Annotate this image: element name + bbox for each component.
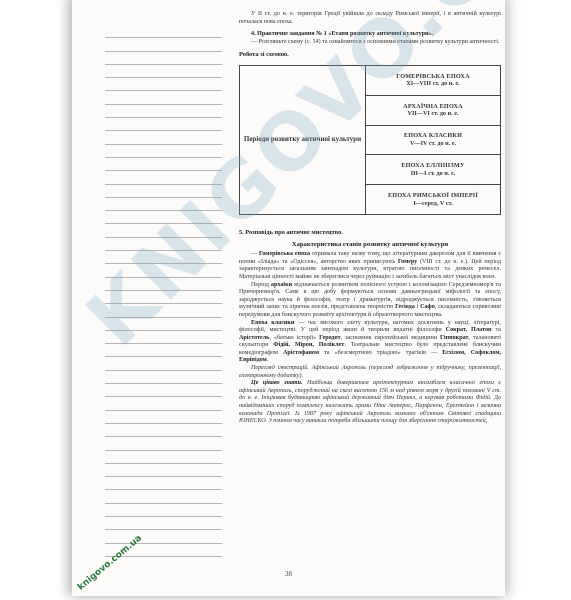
ruled-line	[105, 357, 222, 370]
ruled-line	[105, 464, 222, 477]
era-name: ГОМЕРІВСЬКА ЕПОХА	[396, 73, 470, 81]
era-box: ЕПОХА КЛАСИКИ V—IV ст. до н. е.	[366, 126, 500, 156]
name-hesiod: Гесіода	[395, 304, 415, 310]
section5-subtitle: Характеристика етапів розвитку античної …	[239, 241, 501, 249]
era-box: АРХАЇЧНА ЕПОХА VII—VI ст. до н. е.	[366, 96, 500, 126]
era-dates: I—серед. V ст.	[413, 200, 452, 208]
text: Період	[251, 282, 271, 288]
ruled-line	[105, 411, 222, 424]
ruled-line	[105, 504, 222, 517]
names-sculptors: Фідій, Мірон, Поліклет	[273, 342, 344, 348]
ruled-line	[105, 158, 222, 171]
ruled-line	[105, 490, 222, 503]
era-box: ЕПОХА РИМСЬКОЇ ІМПЕРІЇ I—серед. V ст.	[366, 185, 500, 214]
notes-ruled-lines	[105, 25, 222, 557]
ruled-line	[105, 424, 222, 437]
ruled-line	[105, 384, 222, 397]
name-sappho: Сафо	[420, 304, 435, 310]
era-dates: V—IV ст. до н. е.	[410, 140, 456, 148]
archaic-paragraph: Період архаїки відзначається розвитком п…	[239, 282, 501, 320]
main-text-column: У II ст. до н. е. територія Греції увійш…	[239, 11, 501, 426]
name-homer: Гомеру	[398, 259, 417, 265]
era-dates: XI—VIII ст. до н. е.	[406, 80, 459, 88]
name-hippocrates: Гіппократ	[440, 335, 468, 341]
name-aristotle: Арістотель	[239, 335, 269, 341]
ruled-line	[105, 397, 222, 410]
page-number: 38	[72, 570, 505, 578]
ruled-line	[105, 131, 222, 144]
term-classic: Епоха класики	[251, 320, 294, 326]
ruled-line	[105, 118, 222, 131]
ruled-line	[105, 291, 222, 304]
ruled-line	[105, 238, 222, 251]
ruled-line	[105, 264, 222, 277]
illustrations-note: Перегляд ілюстрацій. Афінський Акрополь …	[239, 365, 501, 380]
ruled-line	[105, 517, 222, 530]
task4-title: 4. Практичне завдання № 1 «Етапи розвитк…	[239, 31, 501, 39]
ruled-line	[105, 530, 222, 543]
ruled-line	[105, 145, 222, 158]
text: та	[492, 327, 501, 333]
name-aristophanes: Арістофаном	[283, 350, 319, 356]
text: та «безсмертною тріадою» трагіків —	[319, 350, 442, 356]
ruled-line	[105, 185, 222, 198]
homeric-paragraph: — Гомерівська епоха отримала таку назву …	[239, 251, 501, 281]
text: Найбільш довершеним архітектурним ансамб…	[239, 380, 501, 424]
era-dates: VII—VI ст. до н. е.	[407, 110, 458, 118]
era-name: ЕПОХА КЛАСИКИ	[404, 132, 462, 140]
interesting-label: Це цікаво знати.	[251, 380, 303, 386]
section5-title: 5. Розповідь про античне мистецтво.	[239, 229, 501, 237]
era-name: ЕПОХА ЕЛЛІНІЗМУ	[401, 162, 464, 170]
scheme-eras: ГОМЕРІВСЬКА ЕПОХА XI—VIII ст. до н. е. А…	[366, 66, 500, 214]
ruled-line	[105, 278, 222, 291]
ruled-line	[105, 451, 222, 464]
ruled-line	[105, 65, 222, 78]
text: , засновник європейської медицини	[341, 335, 440, 341]
era-name: АРХАЇЧНА ЕПОХА	[403, 103, 463, 111]
era-dates: III—I ст. до н. е.	[411, 170, 456, 178]
name-herodotus: Геродот	[319, 335, 340, 341]
ruled-line	[105, 25, 222, 38]
era-box: ЕПОХА ЕЛЛІНІЗМУ III—I ст. до н. е.	[366, 155, 500, 185]
ruled-line	[105, 52, 222, 65]
ruled-line	[105, 198, 222, 211]
ruled-line	[105, 331, 222, 344]
term-archaic: архаїки	[271, 282, 292, 288]
text: , «батько історії»	[269, 335, 319, 341]
ruled-line	[105, 437, 222, 450]
era-name: ЕПОХА РИМСЬКОЇ ІМПЕРІЇ	[388, 192, 478, 200]
ruled-line	[105, 318, 222, 331]
ruled-line	[105, 371, 222, 384]
ruled-line	[105, 344, 222, 357]
era-box: ГОМЕРІВСЬКА ЕПОХА XI—VIII ст. до н. е.	[366, 66, 500, 96]
ruled-line	[105, 171, 222, 184]
ruled-line	[105, 477, 222, 490]
ruled-line	[105, 105, 222, 118]
task4-instruction: — Розгляньте схему (с. 14) та ознайомтес…	[239, 39, 501, 47]
classic-paragraph: Епоха класики — час високого злету культ…	[239, 320, 501, 366]
ruled-line	[105, 304, 222, 317]
scheme-label: Робота зі схемою.	[239, 51, 501, 59]
text: .	[267, 357, 269, 363]
ruled-line	[105, 224, 222, 237]
textbook-page: У II ст. до н. е. територія Греції увійш…	[72, 0, 505, 596]
term-homeric: Гомерівська епоха	[259, 251, 310, 257]
ruled-line	[105, 251, 222, 264]
periods-scheme: Періоди розвитку античної культури ГОМЕР…	[239, 65, 501, 215]
names-philosophers: Сократ, Платон	[446, 327, 492, 333]
dash: —	[251, 251, 259, 257]
scheme-left-title: Періоди розвитку античної культури	[240, 66, 366, 214]
interesting-fact: Це цікаво знати. Найбільш довершеним арх…	[239, 380, 501, 426]
ruled-line	[105, 211, 222, 224]
ruled-line	[105, 38, 222, 51]
ruled-line	[105, 91, 222, 104]
ruled-line	[105, 78, 222, 91]
intro-paragraph: У II ст. до н. е. територія Греції увійш…	[239, 11, 501, 26]
